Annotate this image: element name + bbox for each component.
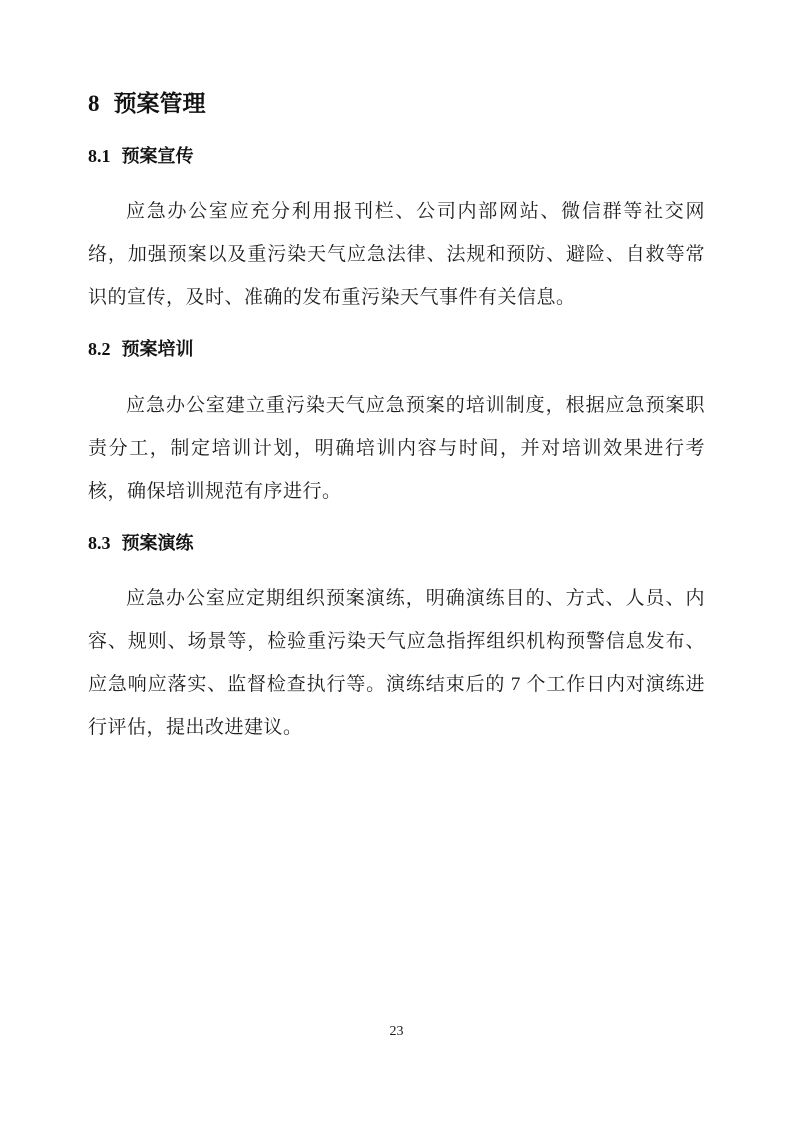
section-plan-publicity: 8.1预案宣传 应急办公室应充分利用报刊栏、公司内部网站、微信群等社交网络，加强… — [88, 146, 705, 320]
document-page: 8预案管理 8.1预案宣传 应急办公室应充分利用报刊栏、公司内部网站、微信群等社… — [0, 0, 793, 1122]
section-number: 8.1 — [88, 146, 111, 166]
chapter-number: 8 — [88, 91, 100, 116]
section-number: 8.3 — [88, 533, 111, 553]
section-plan-training: 8.2预案培训 应急办公室建立重污染天气应急预案的培训制度，根据应急预案职责分工… — [88, 339, 705, 513]
section-title: 预案宣传 — [122, 146, 194, 166]
chapter-heading: 8预案管理 — [88, 90, 705, 118]
section-heading: 8.1预案宣传 — [88, 146, 705, 168]
section-heading: 8.2预案培训 — [88, 339, 705, 361]
section-number: 8.2 — [88, 339, 111, 359]
chapter-title: 预案管理 — [114, 91, 206, 116]
section-plan-drill: 8.3预案演练 应急办公室应定期组织预案演练，明确演练目的、方式、人员、内容、规… — [88, 533, 705, 750]
page-footer: 23 — [0, 1024, 793, 1040]
section-heading: 8.3预案演练 — [88, 533, 705, 555]
section-paragraph: 应急办公室建立重污染天气应急预案的培训制度，根据应急预案职责分工，制定培训计划，… — [88, 384, 705, 513]
section-paragraph: 应急办公室应定期组织预案演练，明确演练目的、方式、人员、内容、规则、场景等，检验… — [88, 577, 705, 749]
section-paragraph: 应急办公室应充分利用报刊栏、公司内部网站、微信群等社交网络，加强预案以及重污染天… — [88, 190, 705, 319]
page-number: 23 — [390, 1024, 404, 1039]
section-title: 预案培训 — [122, 339, 194, 359]
section-title: 预案演练 — [122, 533, 194, 553]
